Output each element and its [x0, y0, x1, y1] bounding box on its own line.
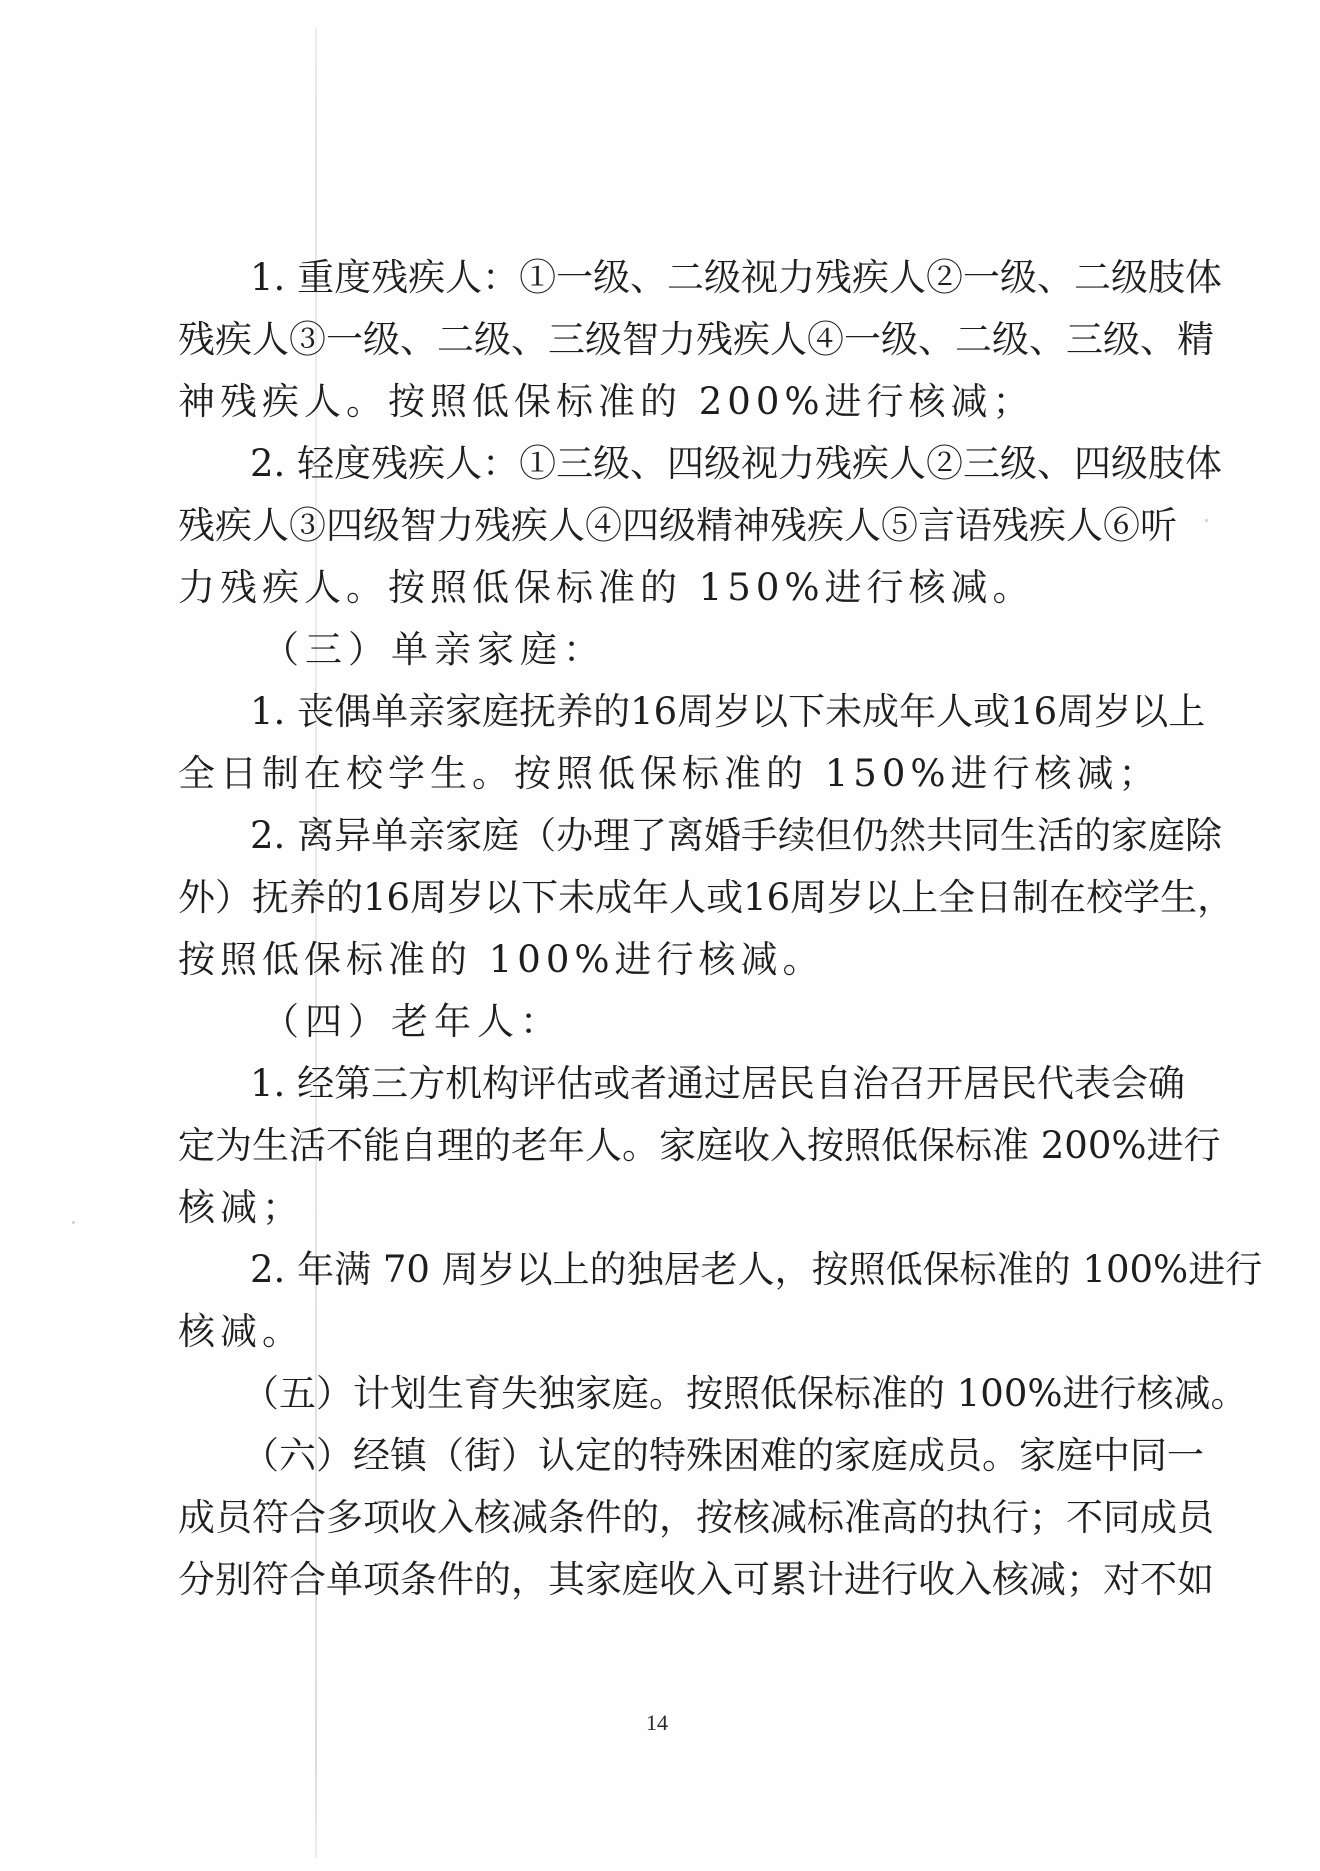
scan-speck: [1205, 519, 1208, 522]
section-heading: （三）单亲家庭：: [262, 627, 606, 673]
paragraph-line: 按照低保标准的 100%进行核减。: [178, 937, 825, 983]
paragraph-line: 外）抚养的16周岁以下未成年人或16周岁以上全日制在校学生，: [178, 875, 1150, 921]
page-number: 14: [646, 1710, 668, 1736]
paragraph-line: 神残疾人。按照低保标准的 200%进行核减；: [178, 379, 1035, 425]
section-heading: （六）经镇（街）认定的特殊困难的家庭成员。家庭中同一: [242, 1433, 1150, 1479]
paragraph-line: 力残疾人。按照低保标准的 150%进行核减。: [178, 565, 1035, 611]
section-heading: （五）计划生育失独家庭。按照低保标准的 100%进行核减。: [242, 1371, 1150, 1417]
section-heading: （四）老年人：: [262, 999, 563, 1045]
paragraph-line: 核减；: [178, 1185, 304, 1231]
paragraph-line: 2. 离异单亲家庭（办理了离婚手续但仍然共同生活的家庭除: [250, 813, 1150, 859]
paragraph-line: 残疾人③一级、二级、三级智力残疾人④一级、二级、三级、精: [178, 317, 1150, 363]
paragraph-line: 1. 重度残疾人：①一级、二级视力残疾人②一级、二级肢体: [250, 255, 1150, 301]
paragraph-line: 定为生活不能自理的老年人。家庭收入按照低保标准 200%进行: [178, 1123, 1150, 1169]
paragraph-line: 全日制在校学生。按照低保标准的 150%进行核减；: [178, 751, 1161, 797]
paragraph-line: 分别符合单项条件的，其家庭收入可累计进行收入核减；对不如: [178, 1557, 1150, 1603]
scan-speck: [72, 1221, 75, 1224]
paragraph-line: 1. 丧偶单亲家庭抚养的16周岁以下未成年人或16周岁以上: [250, 689, 1150, 735]
document-page: 1. 重度残疾人：①一级、二级视力残疾人②一级、二级肢体 残疾人③一级、二级、三…: [0, 0, 1320, 1871]
paragraph-line: 2. 轻度残疾人：①三级、四级视力残疾人②三级、四级肢体: [250, 441, 1150, 487]
paragraph-line: 2. 年满 70 周岁以上的独居老人，按照低保标准的 100%进行: [250, 1247, 1150, 1293]
paragraph-line: 成员符合多项收入核减条件的，按核减标准高的执行；不同成员: [178, 1495, 1150, 1541]
paragraph-line: 核减。: [178, 1309, 304, 1355]
paragraph-line: 1. 经第三方机构评估或者通过居民自治召开居民代表会确: [250, 1061, 1150, 1107]
paragraph-line: 残疾人③四级智力残疾人④四级精神残疾人⑤言语残疾人⑥听: [178, 503, 1150, 549]
